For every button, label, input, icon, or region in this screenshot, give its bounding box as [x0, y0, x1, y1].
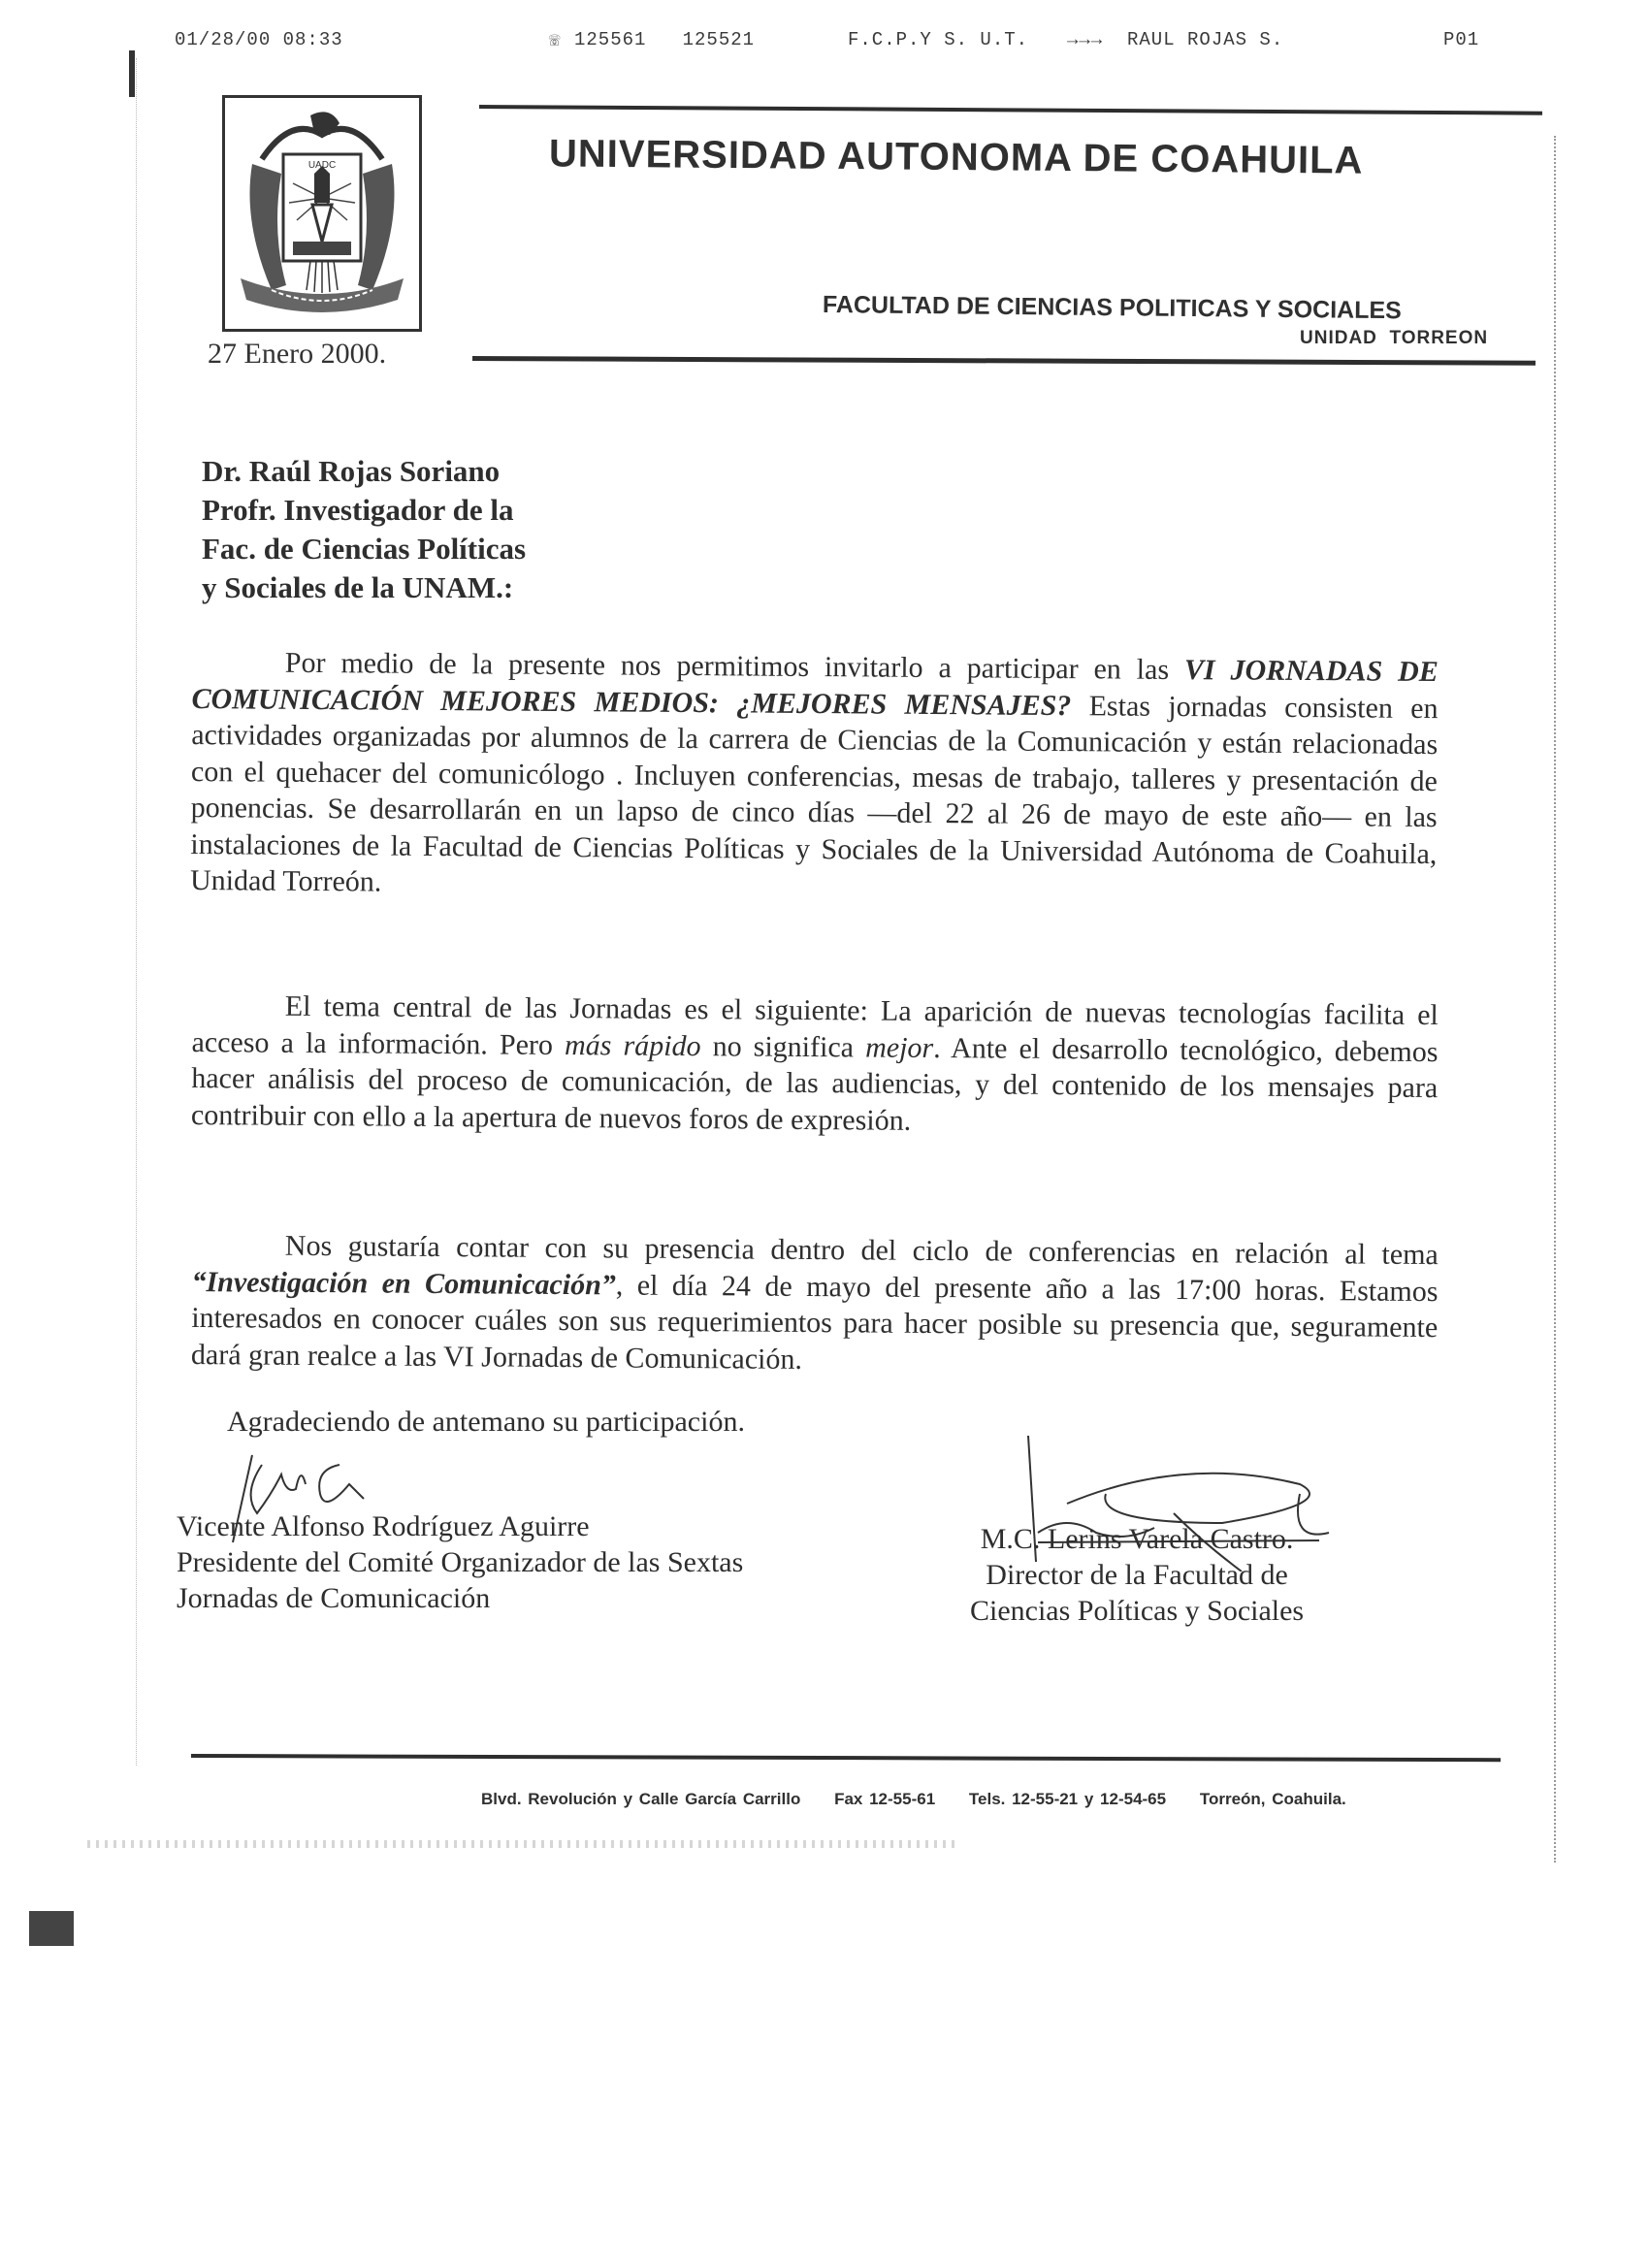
footer-rule [191, 1754, 1501, 1762]
faculty-name: FACULTAD DE CIENCIAS POLITICAS Y SOCIALE… [823, 291, 1402, 325]
fax-recipient: RAUL ROJAS S. [1127, 29, 1283, 50]
emphasis: más rápido [565, 1029, 701, 1062]
university-crest-icon: UADC [233, 106, 411, 321]
paragraph-request: Nos gustaría contar con su presencia den… [191, 1227, 1439, 1382]
scan-edge-line [136, 58, 140, 1766]
footer-fax: Fax 12-55-61 [834, 1790, 935, 1808]
fax-datetime: 01/28/00 08:33 [175, 29, 343, 50]
conference-topic: “Investigación en Comunicación” [191, 1265, 616, 1300]
signatory-title: Jornadas de Comunicación [177, 1580, 743, 1616]
text: Por medio de la presente nos permitimos … [285, 647, 1184, 686]
footer-city: Torreón, Coahuila. [1200, 1790, 1346, 1808]
footer-contact: Blvd. Revolución y Calle García Carrillo… [481, 1790, 1346, 1809]
campus-unit: UNIDAD TORREON [1300, 328, 1488, 349]
scan-edge-mark [129, 50, 135, 97]
recipient-line: y Sociales de la UNAM.: [202, 568, 526, 607]
recipient-line: Fac. de Ciencias Políticas [202, 530, 526, 568]
footer-address: Blvd. Revolución y Calle García Carrillo [481, 1790, 800, 1808]
letter-date: 27 Enero 2000. [208, 338, 386, 371]
fax-sender: F.C.P.Y S. U.T. [848, 29, 1028, 50]
paragraph-invitation: Por medio de la presente nos permitimos … [190, 644, 1439, 909]
scan-noise [87, 1840, 960, 1848]
recipient-line: Profr. Investigador de la [202, 491, 526, 530]
telephone-icon: ☏ [549, 29, 561, 51]
signatory-title: Ciencias Políticas y Sociales [970, 1593, 1304, 1629]
fax-page-number: P01 [1443, 29, 1479, 50]
fax-phone-numbers: 125561 125521 [574, 29, 755, 50]
signatory-left: Vicente Alfonso Rodríguez Aguirre Presid… [177, 1508, 743, 1616]
university-logo: UADC [222, 95, 422, 332]
signatory-title: Presidente del Comité Organizador de las… [177, 1544, 743, 1580]
recipient-block: Dr. Raúl Rojas Soriano Profr. Investigad… [202, 452, 526, 607]
text: Nos gustaría contar con su presencia den… [285, 1230, 1439, 1271]
text: no significa [700, 1030, 865, 1063]
emphasis: mejor [865, 1031, 933, 1064]
arrow-icon: →→→ [1067, 29, 1103, 50]
signatory-name: Vicente Alfonso Rodríguez Aguirre [177, 1508, 743, 1544]
paragraph-theme: El tema central de las Jornadas es el si… [191, 988, 1439, 1143]
header-rule-top [479, 105, 1542, 115]
signatory-title: Director de la Facultad de [970, 1557, 1304, 1593]
scan-marker [29, 1911, 74, 1946]
header-rule-bottom [472, 356, 1536, 366]
footer-phones: Tels. 12-55-21 y 12-54-65 [969, 1790, 1166, 1808]
university-name: UNIVERSIDAD AUTONOMA DE COAHUILA [549, 132, 1364, 182]
signatory-name: M.C. Lerins Varela Castro. [970, 1521, 1304, 1557]
recipient-line: Dr. Raúl Rojas Soriano [202, 452, 526, 491]
signatory-right: M.C. Lerins Varela Castro. Director de l… [970, 1521, 1304, 1629]
text: Estas jornadas consisten en actividades … [190, 690, 1439, 898]
closing-line: Agradeciendo de antemano su participació… [227, 1406, 745, 1439]
scan-edge-line-right [1554, 136, 1558, 1863]
fax-header: 01/28/00 08:33 ☏ 125561 125521 F.C.P.Y S… [175, 29, 1494, 58]
